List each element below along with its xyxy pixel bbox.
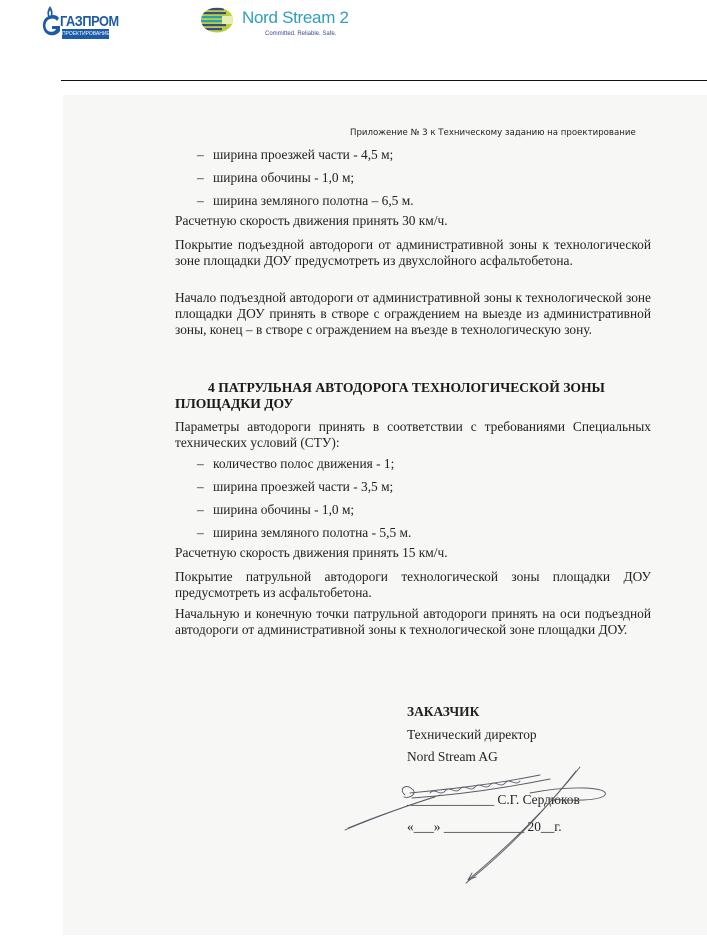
list-dash: –: [197, 147, 213, 163]
list-dash: –: [197, 479, 213, 495]
customer-label: ЗАКАЗЧИК: [407, 704, 479, 720]
paragraph: Покрытие подъездной автодороги от админи…: [175, 237, 651, 269]
gazprom-logo: ГАЗПРОМ ПРОЕКТИРОВАНИЕ: [37, 4, 113, 40]
list-item: –ширина земляного полотна – 6,5 м.: [197, 193, 414, 209]
gazprom-wordmark: ГАЗПРОМ: [60, 13, 119, 30]
list-item-text: ширина обочины - 1,0 м;: [213, 502, 354, 517]
list-dash: –: [197, 502, 213, 518]
list-dash: –: [197, 456, 213, 472]
section-title: 4 ПАТРУЛЬНАЯ АВТОДОРОГА ТЕХНОЛОГИЧЕСКОЙ …: [175, 380, 651, 412]
nord-stream-logo: Nord Stream 2 Committed. Reliable. Safe.: [200, 4, 360, 40]
speed-text: Расчетную скорость движения принять 30 к…: [175, 213, 651, 229]
speed-text: Расчетную скорость движения принять 15 к…: [175, 545, 651, 561]
paragraph: Покрытие патрульной автодороги технологи…: [175, 569, 651, 601]
position-label: Технический директор: [407, 727, 537, 743]
company-label: Nord Stream AG: [407, 749, 498, 765]
gazprom-subtitle: ПРОЕКТИРОВАНИЕ: [62, 29, 109, 39]
list-item-text: ширина земляного полотна - 5,5 м.: [213, 525, 411, 540]
section-title-text: 4 ПАТРУЛЬНАЯ АВТОДОРОГА ТЕХНОЛОГИЧЕСКОЙ …: [175, 380, 605, 411]
list-item-text: ширина проезжей части - 3,5 м;: [213, 479, 393, 494]
list-dash: –: [197, 525, 213, 541]
nord-stream-tagline: Committed. Reliable. Safe.: [265, 31, 336, 37]
list-item-text: ширина земляного полотна – 6,5 м.: [213, 193, 414, 208]
nord-stream-globe-icon: [200, 6, 238, 34]
list-dash: –: [197, 193, 213, 209]
paragraph: Начальную и конечную точки патрульной ав…: [175, 606, 651, 638]
nord-stream-title: Nord Stream 2: [242, 8, 349, 28]
list-item-text: ширина обочины - 1,0 м;: [213, 170, 354, 185]
list-item: –ширина проезжей части - 4,5 м;: [197, 147, 393, 163]
handwritten-signature-icon: [340, 765, 630, 890]
list-item: –количество полос движения - 1;: [197, 456, 394, 472]
list-dash: –: [197, 170, 213, 186]
list-item: –ширина земляного полотна - 5,5 м.: [197, 525, 411, 541]
appendix-note: Приложение № 3 к Техническому заданию на…: [350, 128, 636, 138]
paragraph: Параметры автодороги принять в соответст…: [175, 419, 651, 451]
header-divider: [61, 80, 707, 81]
list-item: –ширина обочины - 1,0 м;: [197, 170, 354, 186]
list-item-text: ширина проезжей части - 4,5 м;: [213, 147, 393, 162]
page-header: ГАЗПРОМ ПРОЕКТИРОВАНИЕ Nord Stream 2 Com…: [0, 0, 707, 80]
list-item: –ширина обочины - 1,0 м;: [197, 502, 354, 518]
list-item-text: количество полос движения - 1;: [213, 456, 394, 471]
list-item: –ширина проезжей части - 3,5 м;: [197, 479, 393, 495]
paragraph: Начало подъездной автодороги от админист…: [175, 290, 651, 338]
